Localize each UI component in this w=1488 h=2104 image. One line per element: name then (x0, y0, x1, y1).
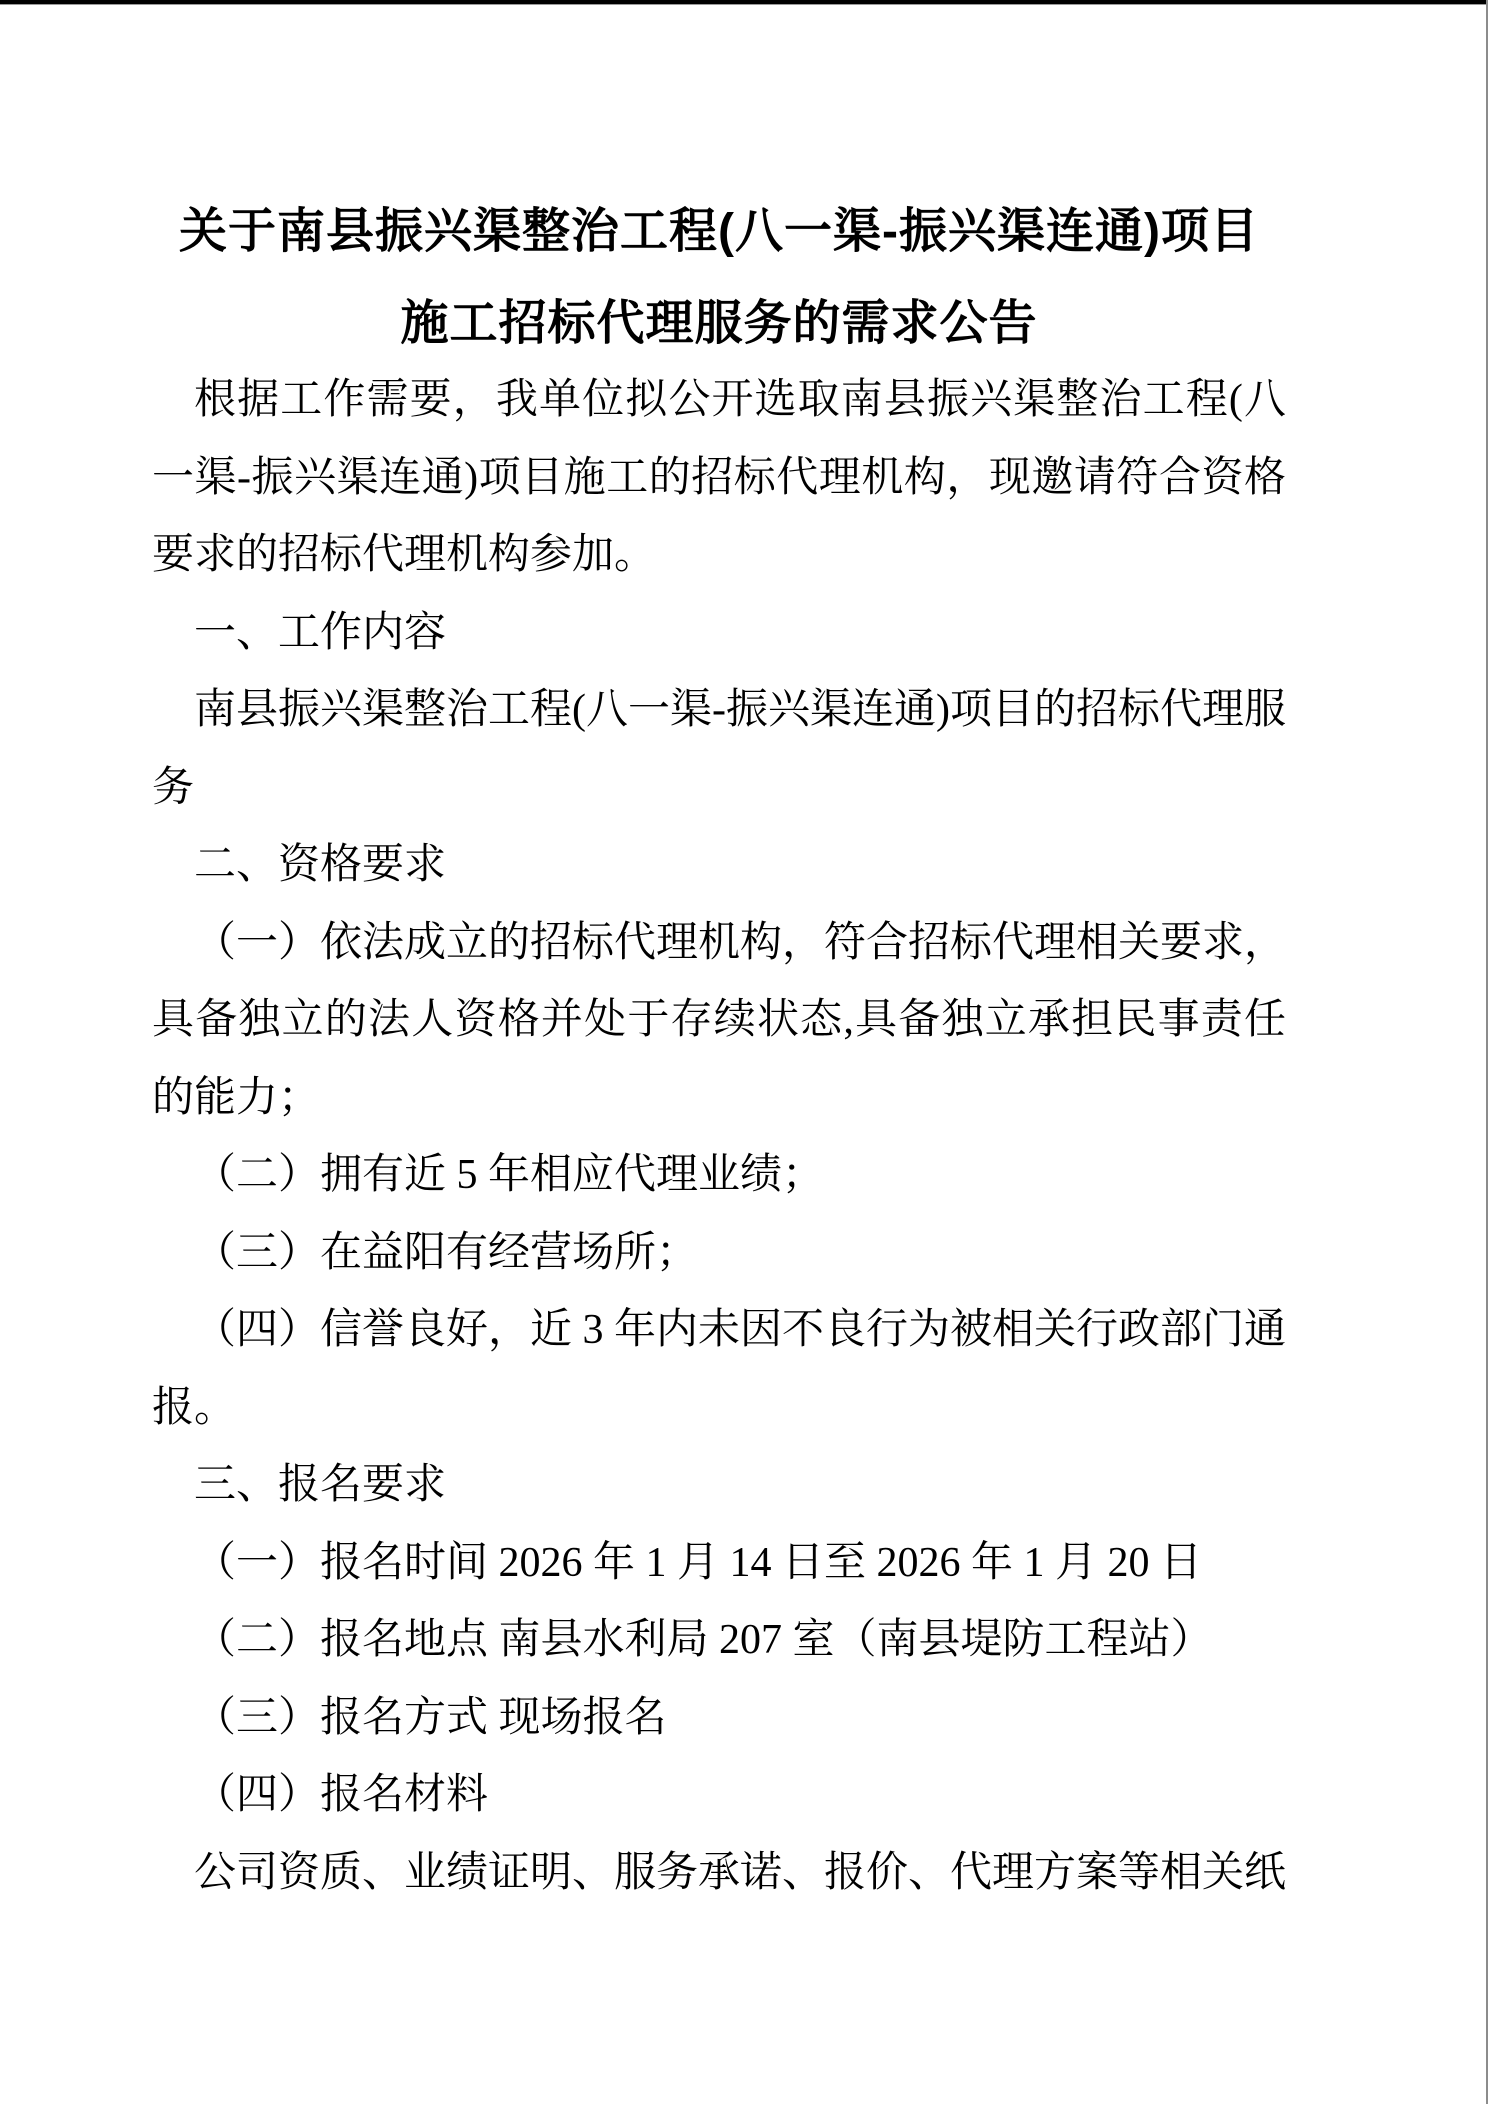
para-intro: 根据工作需要，我单位拟公开选取南县振兴渠整治工程(八一渠-振兴渠连通)项目施工的… (152, 362, 1286, 595)
document-page: { "page": { "background": "#ffffff", "to… (0, 0, 1488, 2104)
heading-section-2: 二、资格要求 (152, 827, 1286, 905)
para-qualification-2: （二）拥有近 5 年相应代理业绩； (152, 1137, 1286, 1215)
para-materials-detail: 公司资质、业绩证明、服务承诺、报价、代理方案等相关纸 (152, 1835, 1286, 1913)
document-title-line-1: 关于南县振兴渠整治工程(八一渠-振兴渠连通)项目 (152, 186, 1286, 278)
document-title: 关于南县振兴渠整治工程(八一渠-振兴渠连通)项目 施工招标代理服务的需求公告 (152, 186, 1286, 370)
heading-section-3: 三、报名要求 (152, 1447, 1286, 1525)
para-qualification-3: （三）在益阳有经营场所； (152, 1215, 1286, 1293)
para-registration-time: （一）报名时间 2026 年 1 月 14 日至 2026 年 1 月 20 日 (152, 1525, 1286, 1603)
para-registration-materials: （四）报名材料 (152, 1757, 1286, 1835)
para-registration-method: （三）报名方式 现场报名 (152, 1680, 1286, 1758)
heading-section-1: 一、工作内容 (152, 595, 1286, 673)
window-top-bar (0, 0, 1488, 5)
para-registration-location: （二）报名地点 南县水利局 207 室（南县堤防工程站） (152, 1602, 1286, 1680)
para-work-scope: 南县振兴渠整治工程(八一渠-振兴渠连通)项目的招标代理服务 (152, 672, 1286, 827)
para-qualification-1: （一）依法成立的招标代理机构，符合招标代理相关要求，具备独立的法人资格并处于存续… (152, 905, 1286, 1138)
document-content: 关于南县振兴渠整治工程(八一渠-振兴渠连通)项目 施工招标代理服务的需求公告 根… (152, 186, 1286, 1912)
document-body: 根据工作需要，我单位拟公开选取南县振兴渠整治工程(八一渠-振兴渠连通)项目施工的… (152, 362, 1286, 1912)
document-title-line-2: 施工招标代理服务的需求公告 (152, 278, 1286, 370)
para-qualification-4: （四）信誉良好，近 3 年内未因不良行为被相关行政部门通报。 (152, 1292, 1286, 1447)
